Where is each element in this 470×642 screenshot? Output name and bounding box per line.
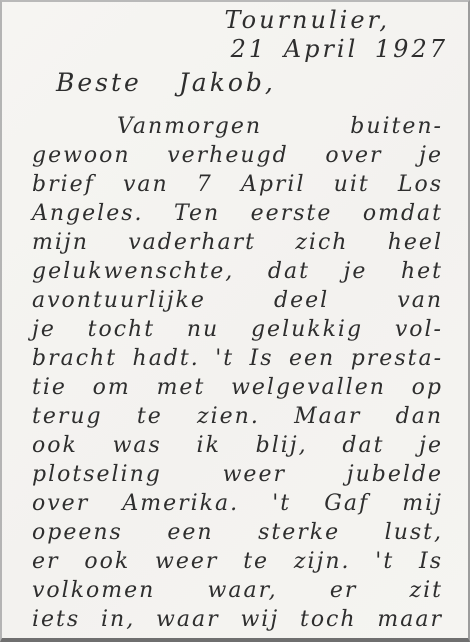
handwritten-line: plotseling weer jubelde bbox=[32, 460, 443, 489]
handwritten-line: opeens een sterke lust, bbox=[32, 518, 443, 547]
letter-salutation: Beste Jakob, bbox=[56, 68, 276, 97]
letter-scan: Tournulier, 21 April 1927 Beste Jakob, V… bbox=[0, 0, 470, 642]
letter-place-line: Tournulier, bbox=[225, 6, 390, 34]
handwritten-line: gewoon verheugd over je bbox=[32, 141, 443, 170]
handwritten-line: tie om met welgevallen op bbox=[32, 373, 443, 402]
handwritten-line: avontuurlijke deel van bbox=[32, 286, 443, 315]
handwritten-line: mijn vaderhart zich heel bbox=[32, 228, 443, 257]
handwritten-line: ook was ik blij, dat je bbox=[32, 431, 443, 460]
handwritten-line: gelukwenschte, dat je het bbox=[32, 257, 443, 286]
letter-date-line: 21 April 1927 bbox=[231, 35, 448, 63]
handwritten-line: brief van 7 April uit Los bbox=[32, 170, 443, 199]
handwritten-line: Vanmorgen buiten- bbox=[32, 112, 443, 141]
handwritten-line: Angeles. Ten eerste omdat bbox=[32, 199, 443, 228]
letter-body: Vanmorgen buiten- gewoon verheugd over j… bbox=[32, 112, 443, 634]
handwritten-line: er ook weer te zijn. 't Is bbox=[32, 547, 443, 576]
handwritten-line: je tocht nu gelukkig vol- bbox=[32, 315, 443, 344]
handwritten-line: volkomen waar, er zit bbox=[32, 576, 443, 605]
handwritten-line: terug te zien. Maar dan bbox=[32, 402, 443, 431]
handwritten-line: over Amerika. 't Gaf mij bbox=[32, 489, 443, 518]
handwritten-line: bracht hadt. 't Is een presta- bbox=[32, 344, 443, 373]
handwritten-line: iets in, waar wij toch maar bbox=[32, 605, 443, 634]
